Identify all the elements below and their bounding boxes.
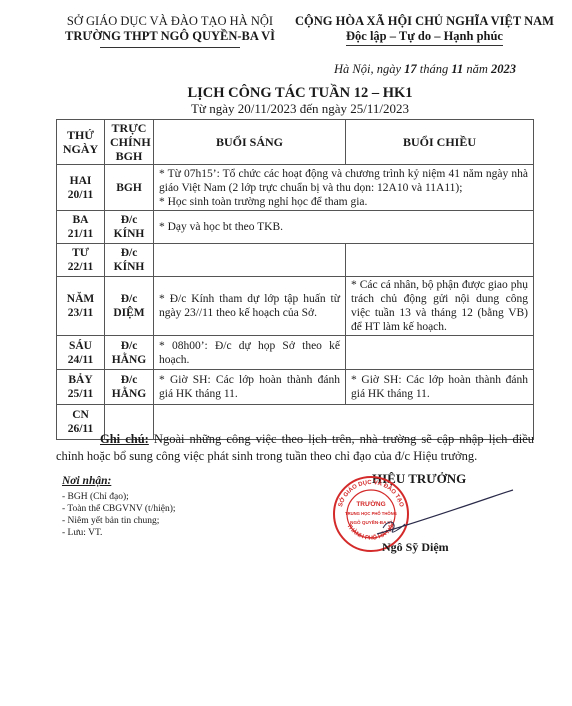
recipients: Nơi nhận: - BGH (Chỉ đạo); - Toàn thể CB… <box>62 475 262 539</box>
date-month: 11 <box>451 62 463 76</box>
morning-cell <box>154 244 346 277</box>
note-label: Ghi chú: <box>100 432 149 446</box>
day-date: 25/11 <box>62 387 99 401</box>
date-day: 17 <box>404 62 417 76</box>
duty-cell: Đ/c HẰNG <box>105 336 154 370</box>
day-cell: TƯ22/11 <box>57 244 105 277</box>
note: Ghi chú: Ngoài những công việc theo lịch… <box>56 431 534 465</box>
header-divider <box>100 47 240 48</box>
day-date: 21/11 <box>62 227 99 241</box>
day-name: BA <box>62 213 99 227</box>
header-duty: TRỰC CHÍNH BGH <box>105 120 154 165</box>
recipient-item: - BGH (Chỉ đạo); <box>62 491 262 503</box>
table-row: TƯ22/11 Đ/c KÍNH <box>57 244 534 277</box>
header-afternoon: BUỔI CHIỀU <box>346 120 534 165</box>
date-mid2: năm <box>463 62 491 76</box>
day-name: SÁU <box>62 339 99 353</box>
schedule-table: THỨ NGÀY TRỰC CHÍNH BGH BUỔI SÁNG BUỔI C… <box>56 119 534 440</box>
day-date: 23/11 <box>62 306 99 320</box>
table-row: HAI20/11 BGH * Từ 07h15’: Tổ chức các ho… <box>57 165 534 211</box>
day-name: TƯ <box>62 246 99 260</box>
date-mid: tháng <box>417 62 452 76</box>
recipients-title: Nơi nhận: <box>62 475 262 487</box>
morning-cell: * Giờ SH: Các lớp hoàn thành đánh giá HK… <box>154 370 346 405</box>
recipient-item: - Niêm yết bản tin chung; <box>62 515 262 527</box>
day-cell: BẢY25/11 <box>57 370 105 405</box>
duty-cell: Đ/c KÍNH <box>105 244 154 277</box>
national-motto: CỘNG HÒA XÃ HỘI CHỦ NGHĨA VIỆT NAM Độc l… <box>282 14 567 46</box>
recipient-item: - Toàn thể CBGVNV (t/hiện); <box>62 503 262 515</box>
afternoon-cell <box>346 244 534 277</box>
day-name: HAI <box>62 174 99 188</box>
afternoon-cell: * Giờ SH: Các lớp hoàn thành đánh giá HK… <box>346 370 534 405</box>
header-morning: BUỔI SÁNG <box>154 120 346 165</box>
motto: Độc lập – Tự do – Hạnh phúc <box>346 29 503 46</box>
day-cell: SÁU24/11 <box>57 336 105 370</box>
day-date: 22/11 <box>62 260 99 274</box>
date-year: 2023 <box>491 62 516 76</box>
day-name: NĂM <box>62 292 99 306</box>
signer-name: Ngô Sỹ Diệm <box>382 540 502 555</box>
duty-cell: Đ/c DIỆM <box>105 277 154 336</box>
afternoon-cell: * Các cá nhân, bộ phận được giao phụ trá… <box>346 277 534 336</box>
department-name: SỞ GIÁO DỤC VÀ ĐÀO TẠO HÀ NỘI <box>40 14 300 29</box>
header-day: THỨ NGÀY <box>57 120 105 165</box>
duty-cell: Đ/c HẰNG <box>105 370 154 405</box>
table-row: NĂM23/11 Đ/c DIỆM * Đ/c Kính tham dự lớp… <box>57 277 534 336</box>
morning-cell: * Đ/c Kính tham dự lớp tập huấn từ ngày … <box>154 277 346 336</box>
school-name: TRƯỜNG THPT NGÔ QUYỀN-BA VÌ <box>40 29 300 44</box>
table-row: BA21/11 Đ/c KÍNH * Dạy và học bt theo TK… <box>57 211 534 244</box>
date-prefix: Hà Nội, ngày <box>334 62 404 76</box>
table-header-row: THỨ NGÀY TRỰC CHÍNH BGH BUỔI SÁNG BUỔI C… <box>57 120 534 165</box>
duty-cell: BGH <box>105 165 154 211</box>
recipient-item: - Lưu: VT. <box>62 527 262 539</box>
country-name: CỘNG HÒA XÃ HỘI CHỦ NGHĨA VIỆT NAM <box>282 14 567 29</box>
page-title: LỊCH CÔNG TÁC TUẦN 12 – HK1 <box>100 85 500 102</box>
day-date: 20/11 <box>62 188 99 202</box>
task: * Từ 07h15’: Tổ chức các hoạt động và ch… <box>159 167 528 195</box>
day-date: 24/11 <box>62 353 99 367</box>
day-cell: HAI20/11 <box>57 165 105 211</box>
day-cell: BA21/11 <box>57 211 105 244</box>
morning-cell: * 08h00’: Đ/c dự họp Sở theo kế hoạch. <box>154 336 346 370</box>
signature-icon <box>375 488 515 538</box>
document-date: Hà Nội, ngày 17 tháng 11 năm 2023 <box>310 62 540 77</box>
afternoon-cell <box>346 336 534 370</box>
merged-cell: * Dạy và học bt theo TKB. <box>154 211 534 244</box>
task: * Học sinh toàn trường nghỉ học để tham … <box>159 195 528 209</box>
merged-cell: * Từ 07h15’: Tổ chức các hoạt động và ch… <box>154 165 534 211</box>
table-row: SÁU24/11 Đ/c HẰNG * 08h00’: Đ/c dự họp S… <box>57 336 534 370</box>
duty-cell: Đ/c KÍNH <box>105 211 154 244</box>
day-cell: NĂM23/11 <box>57 277 105 336</box>
day-name: BẢY <box>62 373 99 387</box>
date-range: Từ ngày 20/11/2023 đến ngày 25/11/2023 <box>100 101 500 117</box>
day-name: CN <box>62 408 99 422</box>
table-row: BẢY25/11 Đ/c HẰNG * Giờ SH: Các lớp hoàn… <box>57 370 534 405</box>
issuing-authority: SỞ GIÁO DỤC VÀ ĐÀO TẠO HÀ NỘI TRƯỜNG THP… <box>40 14 300 48</box>
